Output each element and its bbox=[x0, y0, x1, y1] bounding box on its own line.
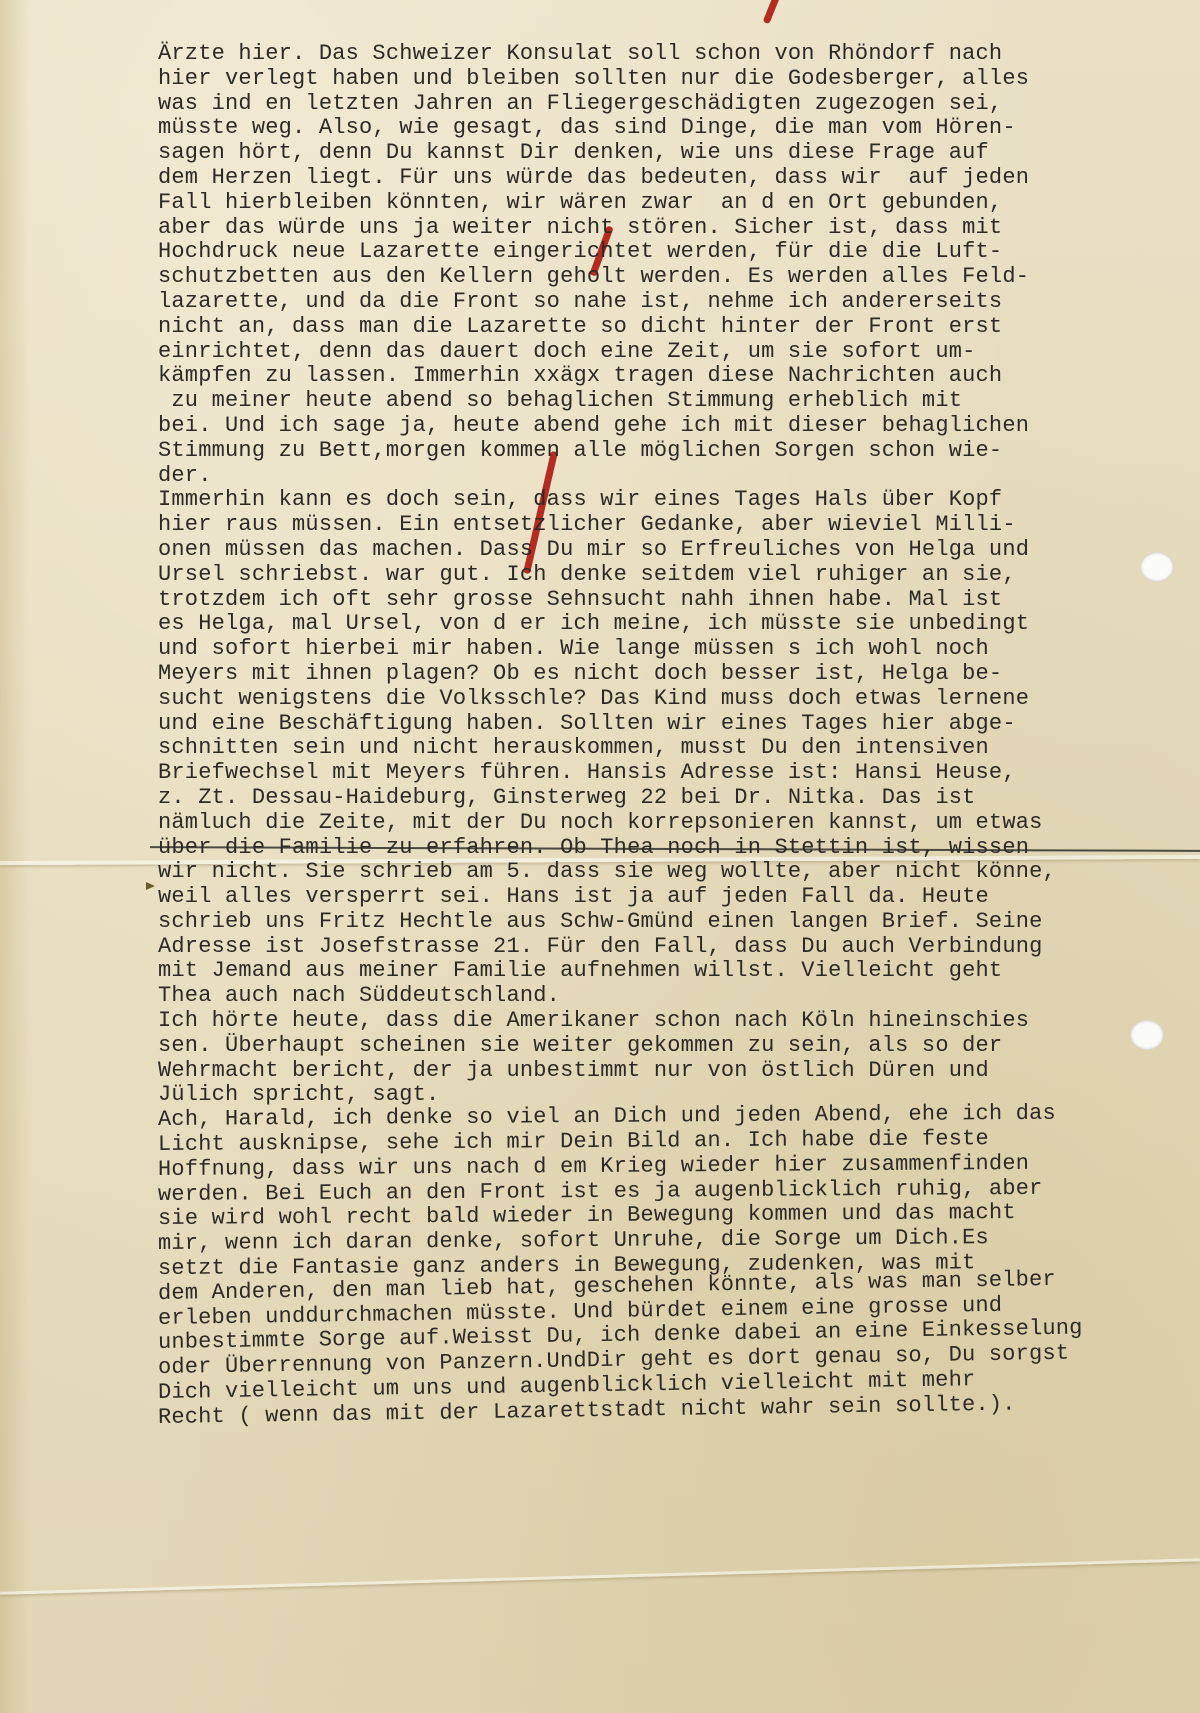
text-line: Ursel schriebst. war gut. Ich denke seit… bbox=[158, 563, 1198, 588]
text-line: müsste weg. Also, wie gesagt, das sind D… bbox=[158, 116, 1198, 141]
text-line: sagen hört, denn Du kannst Dir denken, w… bbox=[158, 141, 1198, 166]
text-line: der. bbox=[158, 464, 1198, 489]
letter-body: Ärzte hier. Das Schweizer Konsulat soll … bbox=[158, 42, 1198, 1431]
text-line: über die Familie zu erfahren. Ob Thea no… bbox=[158, 836, 1198, 861]
text-line: wir nicht. Sie schrieb am 5. dass sie we… bbox=[158, 860, 1198, 885]
text-line: Hochdruck neue Lazarette eingerichtet we… bbox=[158, 240, 1198, 265]
text-line: Meyers mit ihnen plagen? Ob es nicht doc… bbox=[158, 662, 1198, 687]
letter-page: Ärzte hier. Das Schweizer Konsulat soll … bbox=[0, 0, 1200, 1713]
text-line: mit Jemand aus meiner Familie aufnehmen … bbox=[158, 959, 1198, 984]
text-line: zu meiner heute abend so behaglichen Sti… bbox=[158, 389, 1198, 414]
text-line: Immerhin kann es doch sein, dass wir ein… bbox=[158, 488, 1198, 513]
text-line: bei. Und ich sage ja, heute abend gehe i… bbox=[158, 414, 1198, 439]
text-line: sucht wenigstens die Volksschle? Das Kin… bbox=[158, 687, 1198, 712]
text-line: und eine Beschäftigung haben. Sollten wi… bbox=[158, 712, 1198, 737]
text-line: schnitten sein und nicht herauskommen, m… bbox=[158, 736, 1198, 761]
text-line: onen müssen das machen. Dass Du mir so E… bbox=[158, 538, 1198, 563]
text-line: Stimmung zu Bett,morgen kommen alle mögl… bbox=[158, 439, 1198, 464]
text-line: dem Herzen liegt. Für uns würde das bede… bbox=[158, 166, 1198, 191]
text-line: schrieb uns Fritz Hechtle aus Schw-Gmünd… bbox=[158, 910, 1198, 935]
text-line: lazarette, und da die Front so nahe ist,… bbox=[158, 290, 1198, 315]
paper-fold-lower bbox=[0, 1558, 1200, 1595]
paper-edge-stain bbox=[0, 0, 30, 1713]
text-line: z. Zt. Dessau-Haideburg, Ginsterweg 22 b… bbox=[158, 786, 1198, 811]
text-line: einrichtet, denn das dauert doch eine Ze… bbox=[158, 340, 1198, 365]
text-line: aber das würde uns ja weiter nicht störe… bbox=[158, 216, 1198, 241]
text-line: nicht an, dass man die Lazarette so dich… bbox=[158, 315, 1198, 340]
text-line: was ind en letzten Jahren an Fliegergesc… bbox=[158, 92, 1198, 117]
margin-arrow-icon bbox=[146, 882, 155, 890]
text-line: Ärzte hier. Das Schweizer Konsulat soll … bbox=[158, 42, 1198, 67]
text-line: es Helga, mal Ursel, von d er ich meine,… bbox=[158, 612, 1198, 637]
text-line: kämpfen zu lassen. Immerhin xxägx tragen… bbox=[158, 364, 1198, 389]
text-line: weil alles versperrt sei. Hans ist ja au… bbox=[158, 885, 1198, 910]
text-line: hier raus müssen. Ein entsetzlicher Geda… bbox=[158, 513, 1198, 538]
red-pencil-mark bbox=[763, 0, 781, 24]
text-line: sen. Überhaupt scheinen sie weiter gekom… bbox=[158, 1034, 1198, 1059]
text-line: schutzbetten aus den Kellern geholt werd… bbox=[158, 265, 1198, 290]
text-line: hier verlegt haben und bleiben sollten n… bbox=[158, 67, 1198, 92]
text-line: Fall hierbleiben könnten, wir wären zwar… bbox=[158, 191, 1198, 216]
text-line: Briefwechsel mit Meyers führen. Hansis A… bbox=[158, 761, 1198, 786]
text-line: trotzdem ich oft sehr grosse Sehnsucht n… bbox=[158, 588, 1198, 613]
text-line: Wehrmacht bericht, der ja unbestimmt nur… bbox=[158, 1059, 1198, 1084]
text-line: und sofort hierbei mir haben. Wie lange … bbox=[158, 637, 1198, 662]
text-line: nämluch die Zeite, mit der Du noch korre… bbox=[158, 811, 1198, 836]
text-line: Thea auch nach Süddeutschland. bbox=[158, 984, 1198, 1009]
text-line: Adresse ist Josefstrasse 21. Für den Fal… bbox=[158, 935, 1198, 960]
text-line: Ich hörte heute, dass die Amerikaner sch… bbox=[158, 1009, 1198, 1034]
